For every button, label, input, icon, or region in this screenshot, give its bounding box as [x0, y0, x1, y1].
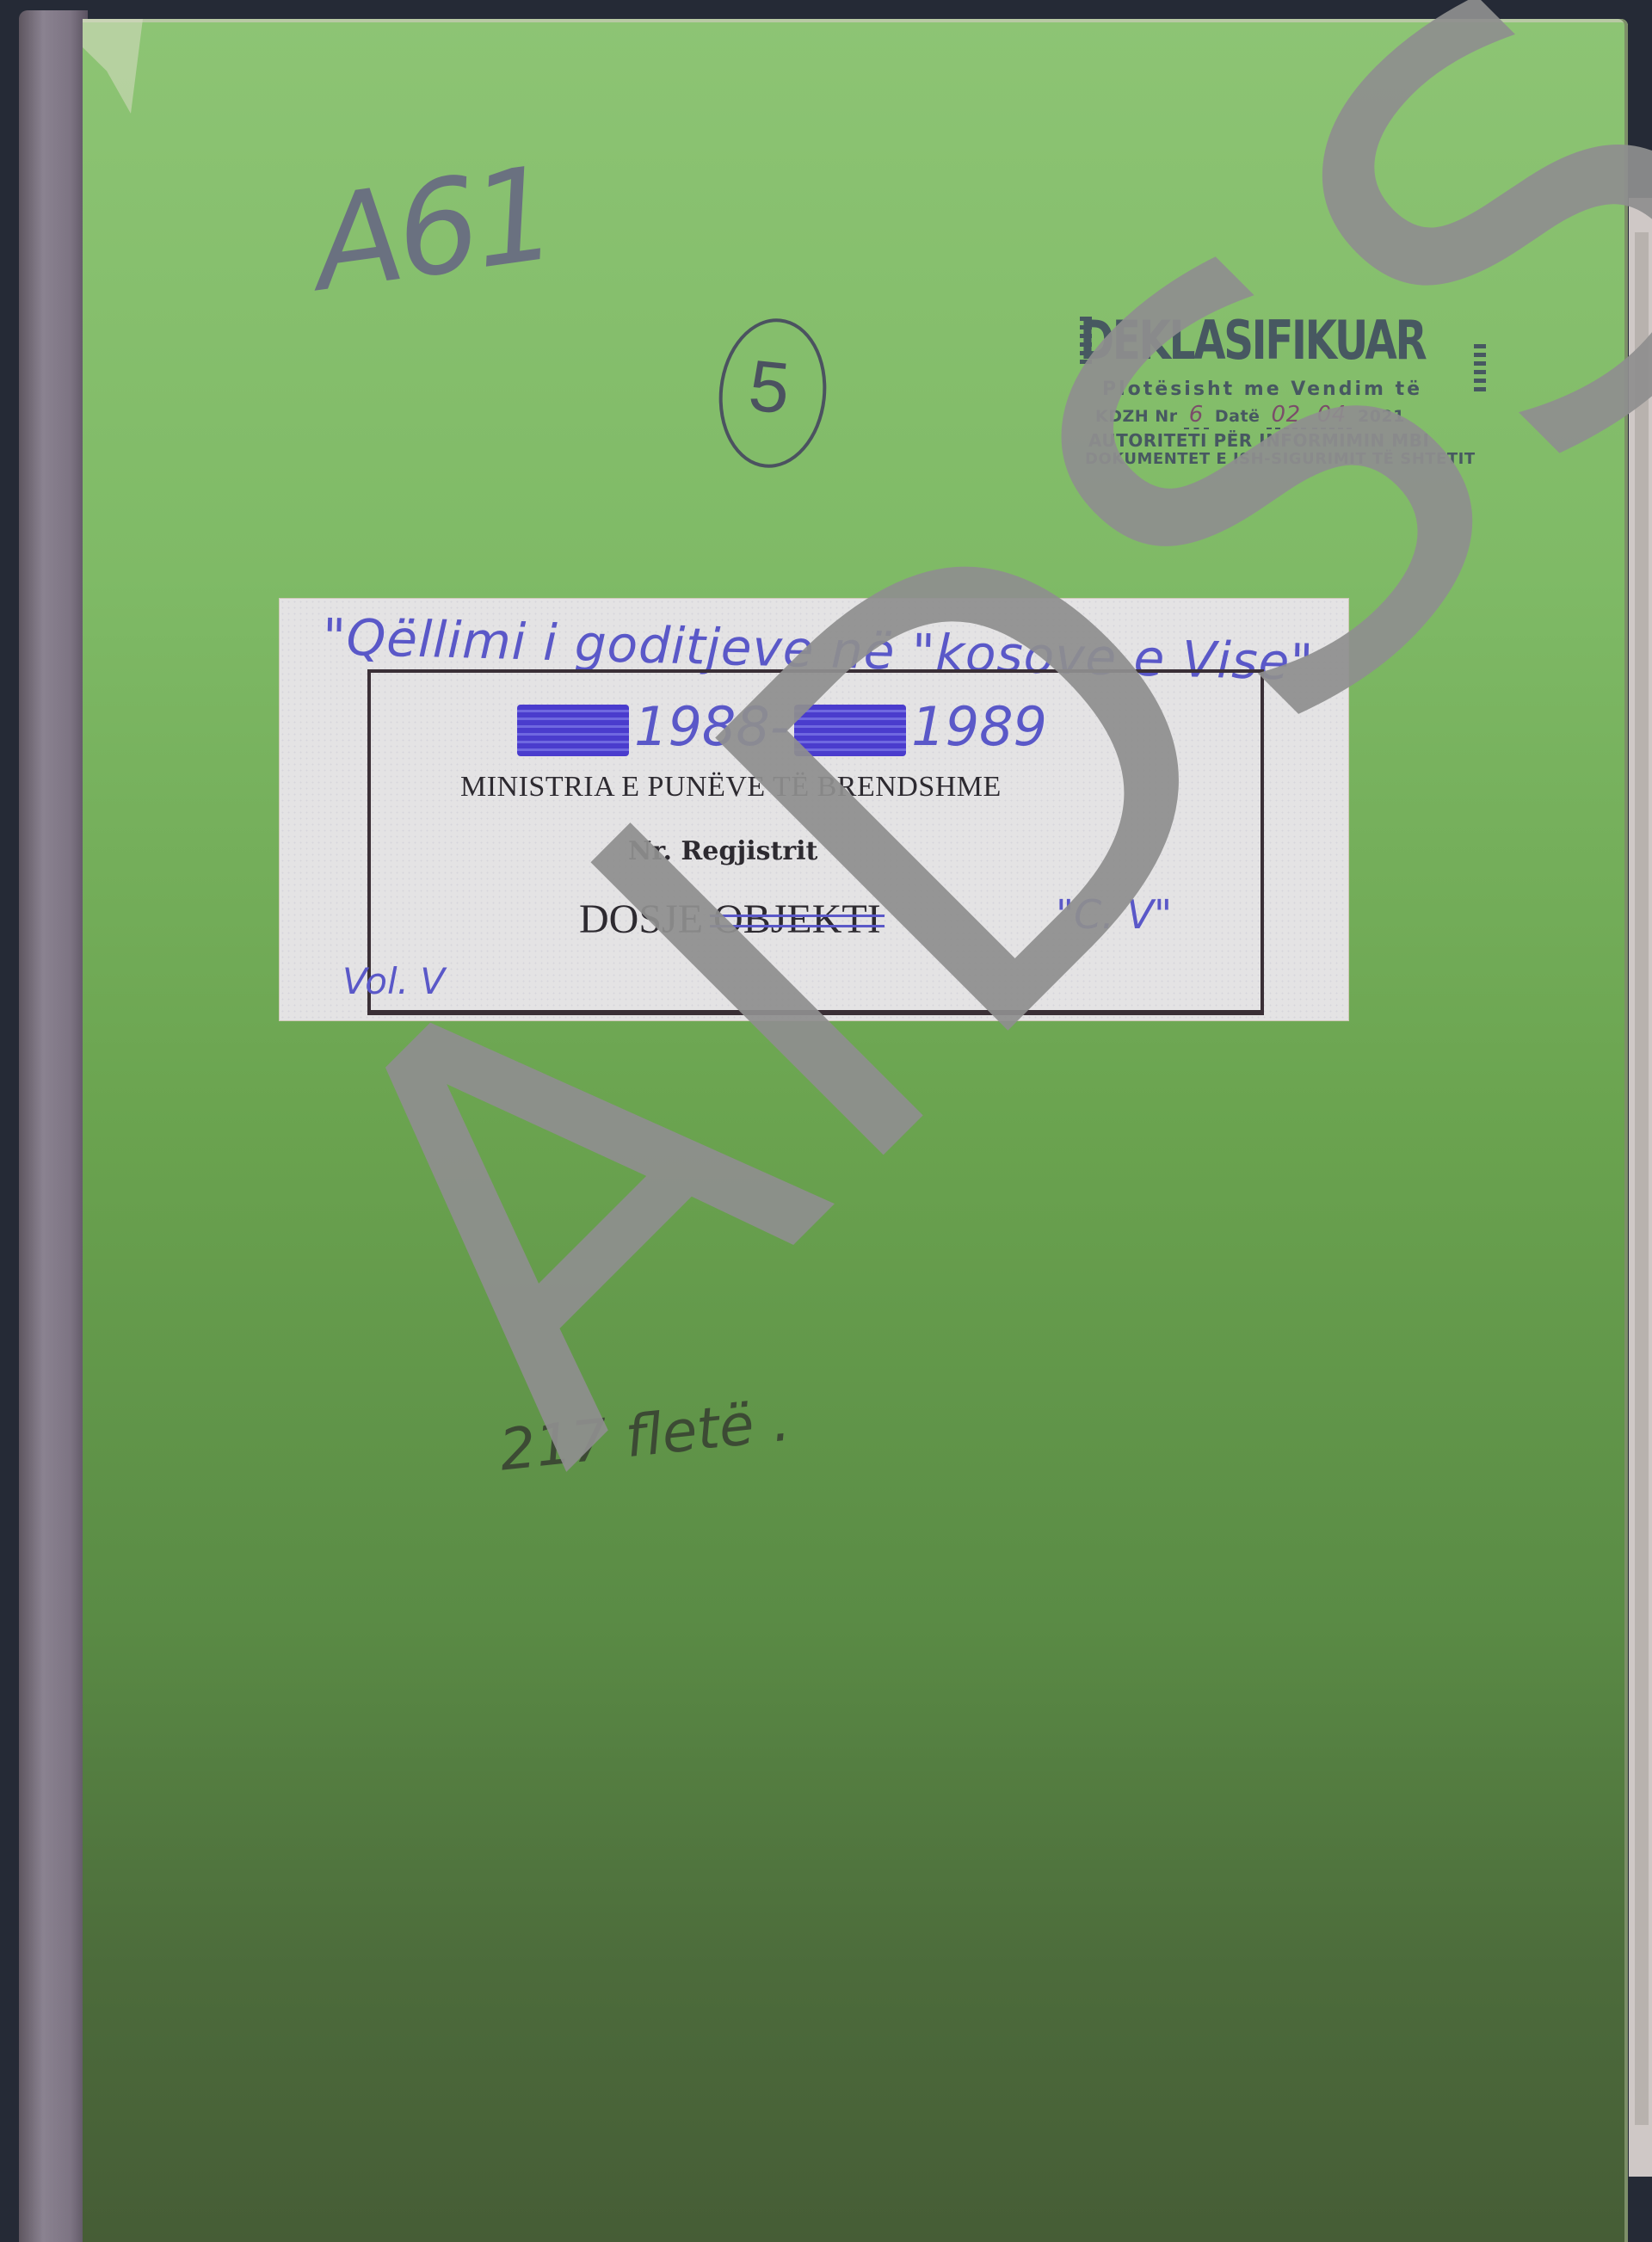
stamp-authority-line1: AUTORITETI PËR INFORMIMIN MBI	[1088, 430, 1429, 451]
register-number-label: Nr. Regjistrit	[628, 836, 817, 866]
year-end: 1989	[911, 695, 1047, 758]
redaction-scribble	[794, 705, 906, 756]
date-year: 2021	[1358, 407, 1405, 426]
cover-label: "Qëllimi i goditjeve në "kosove e Vise" …	[280, 599, 1348, 1020]
dossier-label: DOSJE	[579, 896, 703, 942]
volume-number: Vol. V	[342, 960, 445, 1002]
ministry-name: MINISTRIA E PUNËVE TË BRENDSHME	[460, 771, 1002, 804]
paper-behind-edge	[1635, 232, 1649, 2125]
declassified-stamp: DEKLASIFIKUAR Plotësisht me Vendim të KD…	[1080, 310, 1484, 490]
dossier-line: DOSJEOBJEKTI	[579, 896, 881, 943]
date-month: 04	[1312, 402, 1352, 429]
date-day: 02	[1267, 402, 1306, 429]
dossier-code: "C. V"	[1056, 891, 1172, 938]
folder-spine	[19, 10, 88, 2242]
kdzh-label: KDZH Nr	[1095, 407, 1178, 426]
stamp-line-kdzh: KDZH Nr 6 Datë 02 04 2021	[1095, 402, 1405, 428]
stamp-title: DEKLASIFIKUAR	[1080, 310, 1396, 372]
year-start: 1988-	[634, 695, 789, 758]
kdzh-number: 6	[1184, 402, 1209, 429]
struck-word: OBJEKTI	[713, 896, 881, 943]
year-range: 1988-1989	[512, 695, 1047, 758]
circled-number-value: 5	[745, 343, 794, 430]
date-label: Datë	[1215, 407, 1261, 426]
stamp-bars-right	[1474, 344, 1486, 396]
stamp-line-decision: Plotësisht me Vendim të	[1102, 379, 1422, 400]
redaction-scribble	[517, 705, 629, 756]
stamp-authority-line2: DOKUMENTET E ISH-SIGURIMIT TË SHTETIT	[1085, 450, 1476, 468]
